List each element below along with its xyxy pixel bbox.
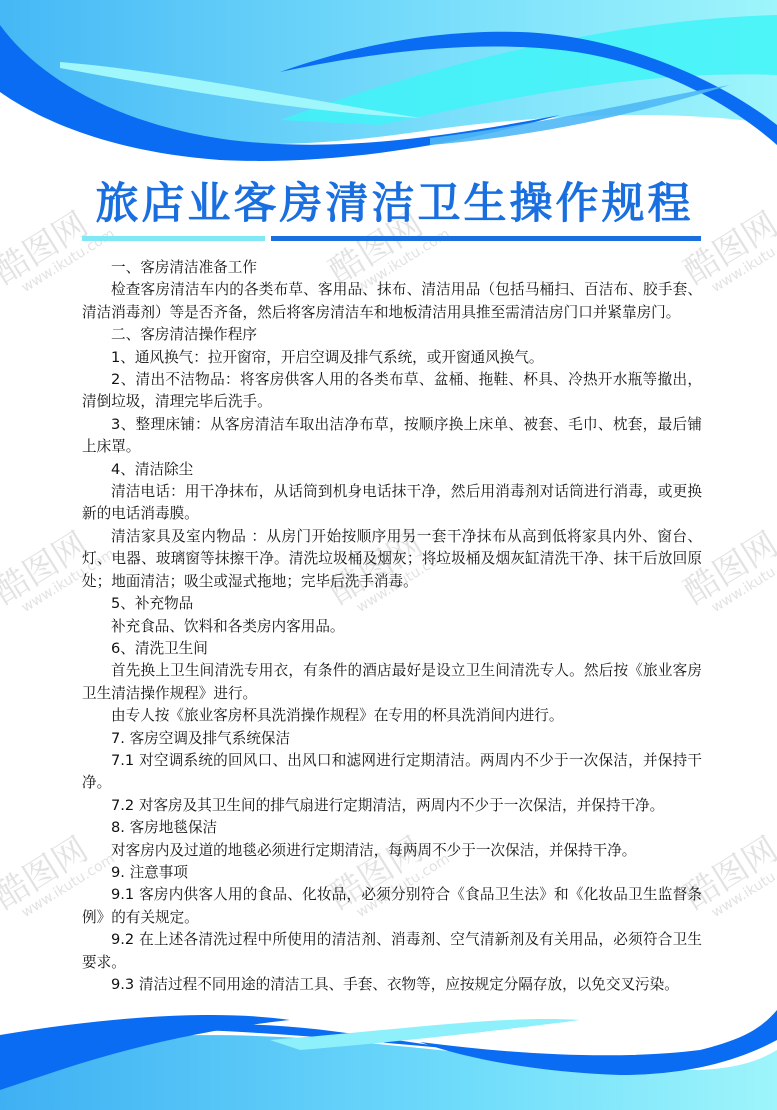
paragraph: 7.1 对空调系统的回风口、出风口和滤网进行定期清洁。两周内不少于一次保洁，并保… (82, 750, 702, 795)
section-heading: 一、客房清洁准备工作 (82, 257, 702, 279)
paragraph: 补充食品、饮料和各类房内客用品。 (82, 616, 702, 638)
paragraph: 9.3 清洁过程不同用途的清洁工具、手套、衣物等，应按规定分隔存放，以免交叉污染… (82, 974, 702, 996)
subsection-heading: 6、清洗卫生间 (82, 638, 702, 660)
paragraph: 3、整理床铺：从客房清洁车取出洁净布草，按顺序换上床单、被套、毛巾、枕套，最后铺… (82, 414, 702, 459)
paragraph: 9.2 在上述各清洗过程中所使用的清洁剂、消毒剂、空气清新剂及有关用品，必须符合… (82, 929, 702, 974)
page-title: 旅店业客房清洁卫生操作规程 (0, 170, 777, 231)
paragraph: 清洁家具及室内物品 ：从房门开始按顺序用另一套干净抹布从高到低将家具内外、窗台、… (82, 526, 702, 593)
subsection-heading: 5、补充物品 (82, 593, 702, 615)
paragraph: 1、通风换气：拉开窗帘，开启空调及排气系统，或开窗通风换气。 (82, 347, 702, 369)
subsection-heading: 9. 注意事项 (82, 862, 702, 884)
paragraph: 由专人按《旅业客房杯具洗消操作规程》在专用的杯具洗消间内进行。 (82, 705, 702, 727)
subsection-heading: 8. 客房地毯保洁 (82, 817, 702, 839)
paragraph: 清洁电话：用干净抹布，从话筒到机身电话抹干净，然后用消毒剂对话筒进行消毒，或更换… (82, 481, 702, 526)
subsection-heading: 4、清洁除尘 (82, 459, 702, 481)
paragraph: 7.2 对客房及其卫生间的排气扇进行定期清洁，两周内不少于一次保洁，并保持干净。 (82, 795, 702, 817)
document-body: 一、客房清洁准备工作 检查客房清洁车内的各类布草、客用品、抹布、清洁用品（包括马… (82, 257, 702, 996)
paragraph: 2、清出不洁物品：将客房供客人用的各类布草、盆桶、拖鞋、杯具、冷热开水瓶等撤出，… (82, 369, 702, 414)
paragraph: 对客房内及过道的地毯必须进行定期清洁，每两周不少于一次保洁，并保持干净。 (82, 840, 702, 862)
paragraph: 9.1 客房内供客人用的食品、化妆品，必须分别符合《食品卫生法》和《化妆品卫生监… (82, 884, 702, 929)
paragraph: 检查客房清洁车内的各类布草、客用品、抹布、清洁用品（包括马桶扫、百洁布、胶手套、… (82, 279, 702, 324)
subsection-heading: 7. 客房空调及排气系统保洁 (82, 728, 702, 750)
title-underline (271, 236, 701, 241)
title-underline-accent (82, 236, 265, 241)
section-heading: 二、客房清洁操作程序 (82, 324, 702, 346)
paragraph: 首先换上卫生间清洗专用衣，有条件的酒店最好是设立卫生间清洗专人。然后按《旅业客房… (82, 660, 702, 705)
